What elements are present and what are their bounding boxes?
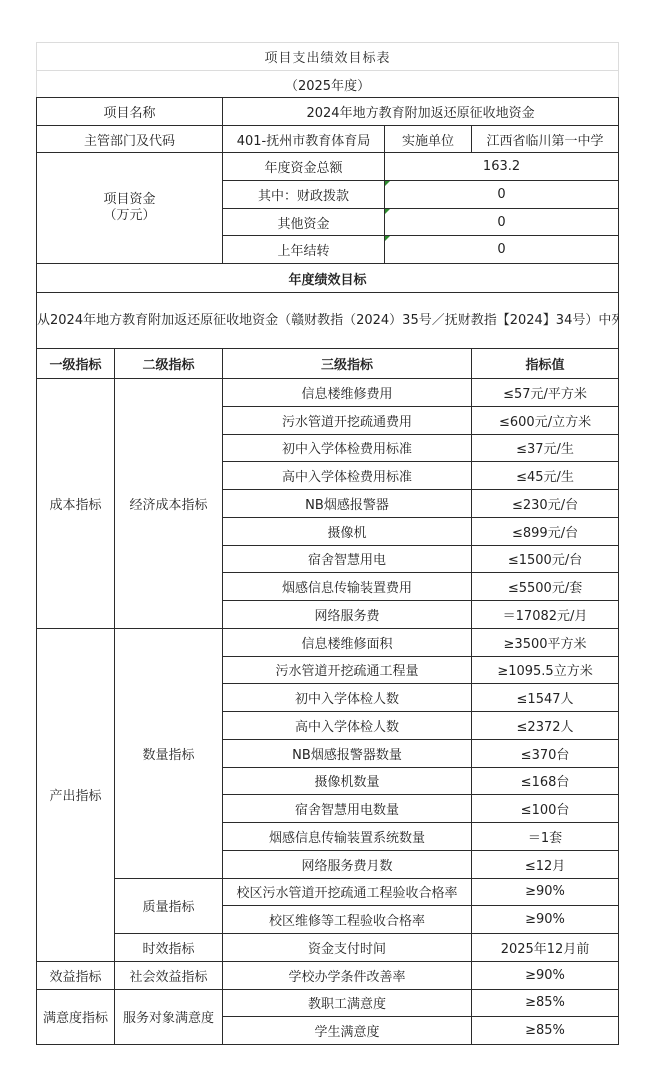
impl-unit-label: 实施单位 — [385, 126, 472, 153]
level3-cell: 教职工满意度 — [223, 989, 472, 1017]
header-level3: 三级指标 — [223, 349, 472, 379]
page-title: 项目支出绩效目标表 — [37, 43, 619, 71]
level2-cell: 时效指标 — [115, 934, 223, 962]
level3-cell: 网络服务费 — [223, 601, 472, 629]
level3-cell: 信息楼维修费用 — [223, 379, 472, 407]
indicator-value: ≥85% — [472, 989, 619, 1017]
level1-cell: 成本指标 — [37, 379, 115, 629]
level1-cell: 产出指标 — [37, 628, 115, 961]
impl-unit-value: 江西省临川第一中学 — [472, 126, 619, 153]
level3-cell: 信息楼维修面积 — [223, 628, 472, 656]
project-name-label: 项目名称 — [37, 98, 223, 126]
project-name-value: 2024年地方教育附加返还原征收地资金 — [223, 98, 619, 126]
level3-cell: 污水管道开挖疏通工程量 — [223, 656, 472, 684]
level3-cell: 烟感信息传输装置费用 — [223, 573, 472, 601]
level3-cell: NB烟感报警器数量 — [223, 739, 472, 767]
dept-value: 401-抚州市教育体育局 — [223, 126, 385, 153]
performance-target-table: 项目支出绩效目标表 （2025年度） 项目名称 2024年地方教育附加返还原征收… — [36, 42, 619, 1045]
year-subtitle: （2025年度） — [37, 71, 619, 98]
level3-cell: 摄像机 — [223, 517, 472, 545]
indicator-value: ≤899元/台 — [472, 517, 619, 545]
level2-cell: 经济成本指标 — [115, 379, 223, 629]
indicator-value: 2025年12月前 — [472, 934, 619, 962]
indicator-value: ≤12月 — [472, 850, 619, 878]
level3-cell: NB烟感报警器 — [223, 490, 472, 518]
indicator-value: ≤168台 — [472, 767, 619, 795]
level3-cell: 学生满意度 — [223, 1017, 472, 1045]
indicator-value: ≤1500元/台 — [472, 545, 619, 573]
indicator-value: ≤370台 — [472, 739, 619, 767]
indicator-value: ≤600元/立方米 — [472, 406, 619, 434]
indicator-value: ≤45元/生 — [472, 462, 619, 490]
level1-cell: 满意度指标 — [37, 989, 115, 1045]
level3-cell: 网络服务费月数 — [223, 850, 472, 878]
header-level1: 一级指标 — [37, 349, 115, 379]
level2-cell: 数量指标 — [115, 628, 223, 878]
header-value: 指标值 — [472, 349, 619, 379]
indicator-value: ≤1547人 — [472, 684, 619, 712]
indicator-value: ≤37元/生 — [472, 434, 619, 462]
level3-cell: 初中入学体检费用标准 — [223, 434, 472, 462]
indicator-value: ≥1095.5立方米 — [472, 656, 619, 684]
level2-cell: 服务对象满意度 — [115, 989, 223, 1045]
header-level2: 二级指标 — [115, 349, 223, 379]
indicator-value: ≤57元/平方米 — [472, 379, 619, 407]
funding-row-value: 0 — [385, 181, 619, 209]
funding-row-label: 上年结转 — [223, 236, 385, 264]
indicator-value: ≥90% — [472, 878, 619, 906]
funding-row-value: 163.2 — [385, 153, 619, 181]
level3-cell: 学校办学条件改善率 — [223, 961, 472, 989]
indicator-value: ≤230元/台 — [472, 490, 619, 518]
level1-cell: 效益指标 — [37, 961, 115, 989]
indicator-value: ≥3500平方米 — [472, 628, 619, 656]
level3-cell: 宿舍智慧用电数量 — [223, 795, 472, 823]
indicator-value: ＝1套 — [472, 823, 619, 851]
level3-cell: 摄像机数量 — [223, 767, 472, 795]
indicator-value: ≤100台 — [472, 795, 619, 823]
indicator-value: ≤5500元/套 — [472, 573, 619, 601]
funding-row-label: 年度资金总额 — [223, 153, 385, 181]
level3-cell: 污水管道开挖疏通费用 — [223, 406, 472, 434]
level3-cell: 烟感信息传输装置系统数量 — [223, 823, 472, 851]
level3-cell: 校区维修等工程验收合格率 — [223, 906, 472, 934]
goals-description: 从2024年地方教育附加返还原征收地资金（赣财教指（2024）35号／抚财教指【… — [37, 293, 619, 349]
goals-title: 年度绩效目标 — [37, 264, 619, 293]
indicator-value: ≥90% — [472, 906, 619, 934]
indicator-value: ≤2372人 — [472, 712, 619, 740]
funding-label-line2: （万元） — [37, 208, 222, 224]
level3-cell: 初中入学体检人数 — [223, 684, 472, 712]
indicator-value: ≥85% — [472, 1017, 619, 1045]
funding-row-value: 0 — [385, 209, 619, 236]
level3-cell: 高中入学体检费用标准 — [223, 462, 472, 490]
indicator-value: ＝17082元/月 — [472, 601, 619, 629]
level3-cell: 宿舍智慧用电 — [223, 545, 472, 573]
level3-cell: 校区污水管道开挖疏通工程验收合格率 — [223, 878, 472, 906]
indicator-value: ≥90% — [472, 961, 619, 989]
dept-label: 主管部门及代码 — [37, 126, 223, 153]
funding-row-value: 0 — [385, 236, 619, 264]
funding-label: 项目资金 （万元） — [37, 153, 223, 264]
funding-label-line1: 项目资金 — [37, 192, 222, 208]
funding-row-label: 其中：财政拨款 — [223, 181, 385, 209]
level3-cell: 资金支付时间 — [223, 934, 472, 962]
level2-cell: 社会效益指标 — [115, 961, 223, 989]
level3-cell: 高中入学体检人数 — [223, 712, 472, 740]
funding-row-label: 其他资金 — [223, 209, 385, 236]
level2-cell: 质量指标 — [115, 878, 223, 934]
